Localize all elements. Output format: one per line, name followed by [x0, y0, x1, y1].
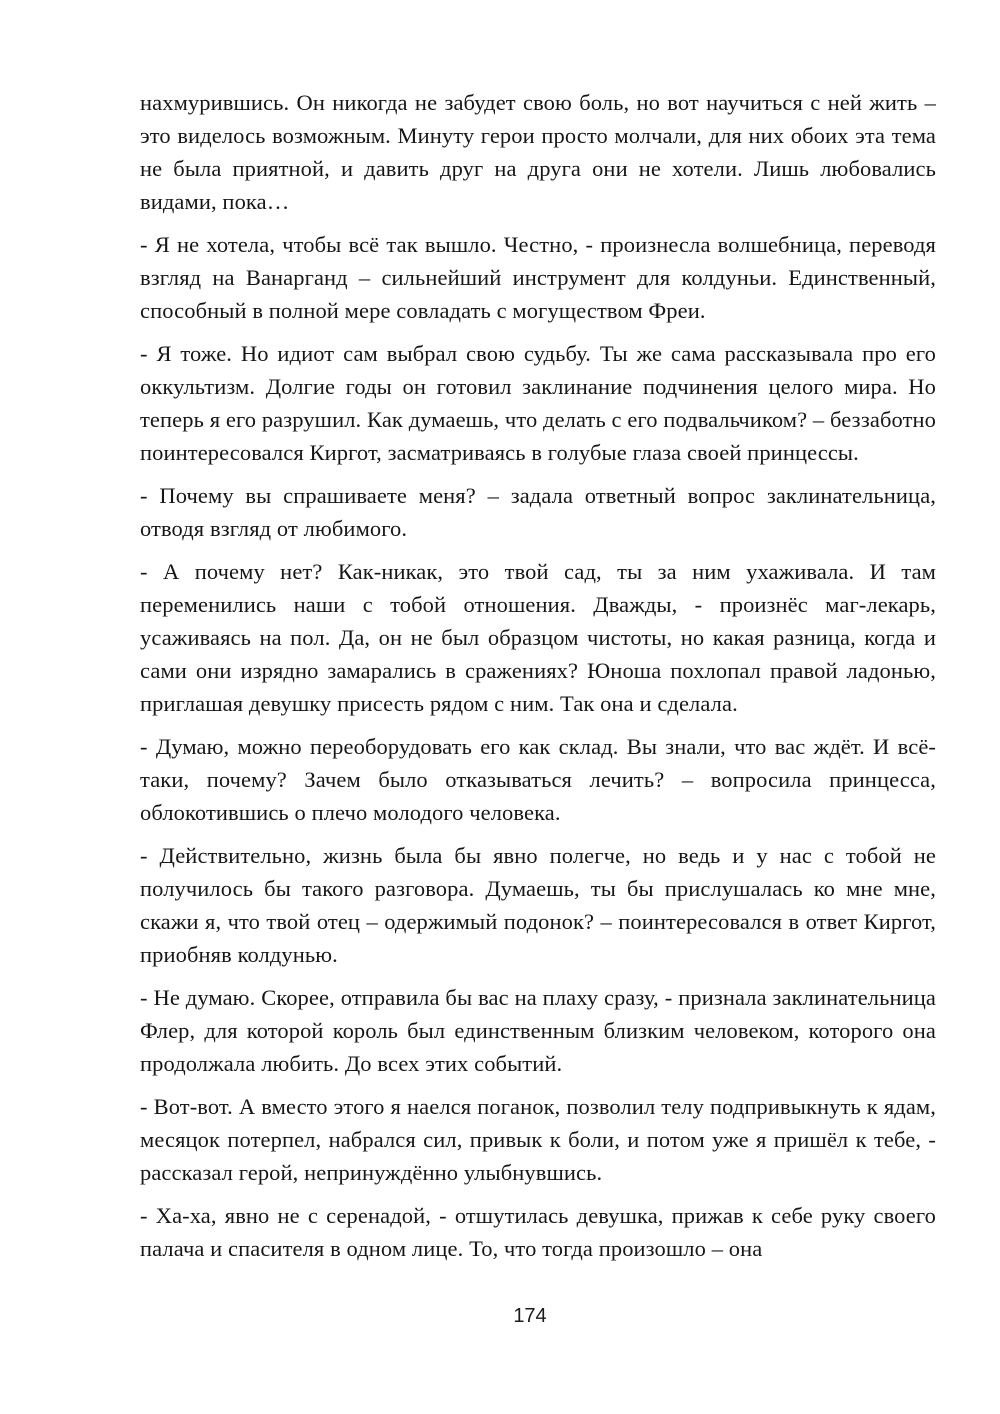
paragraph: - А почему нет? Как-никак, это твой сад,…: [140, 555, 936, 720]
paragraph: - Думаю, можно переоборудовать его как с…: [140, 730, 936, 829]
book-page: нахмурившись. Он никогда не забудет свою…: [0, 0, 1000, 1414]
paragraph: - Вот-вот. А вместо этого я наелся поган…: [140, 1090, 936, 1189]
page-number: 174: [140, 1305, 920, 1328]
paragraph: - Я не хотела, чтобы всё так вышло. Чест…: [140, 228, 936, 327]
text-block: нахмурившись. Он никогда не забудет свою…: [140, 86, 936, 1275]
paragraph: - Действительно, жизнь была бы явно поле…: [140, 839, 936, 971]
paragraph: - Я тоже. Но идиот сам выбрал свою судьб…: [140, 337, 936, 469]
paragraph: - Ха-ха, явно не с серенадой, - отшутила…: [140, 1199, 936, 1265]
paragraph: - Не думаю. Скорее, отправила бы вас на …: [140, 981, 936, 1080]
paragraph: - Почему вы спрашиваете меня? – задала о…: [140, 479, 936, 545]
paragraph: нахмурившись. Он никогда не забудет свою…: [140, 86, 936, 218]
